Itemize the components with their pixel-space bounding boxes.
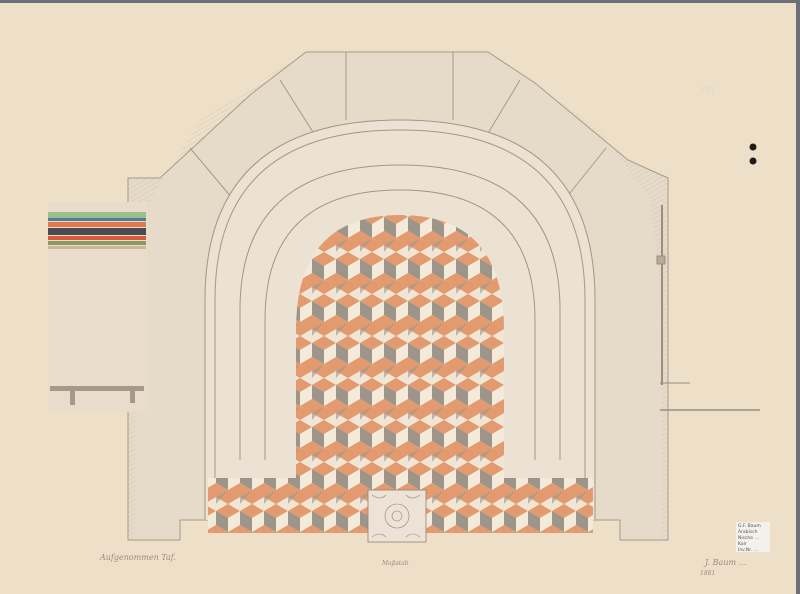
frieze-detail [48, 202, 148, 412]
scanned-drawing: XVI Aufgenommen Taf. Maßstab J. Baum ...… [0, 0, 800, 594]
label-line: Inv.Nr. ... [738, 548, 768, 554]
collection-label: G.F. Baum Arabisch Nische ... Kair Inv.N… [736, 522, 770, 552]
signature-left: Aufgenommen Taf. [100, 553, 176, 562]
ornamental-panel [368, 490, 426, 542]
date-note: 1881 [700, 570, 715, 577]
section-profile [657, 205, 760, 410]
punch-hole [750, 158, 757, 165]
label-line: Nische ... Kair [738, 536, 768, 548]
architectural-elevation [0, 0, 800, 594]
punch-hole [750, 144, 757, 151]
signature-right: J. Baum ... [705, 558, 746, 567]
sheet-number: XVI [700, 86, 715, 95]
scale-note: Maßstab [382, 560, 409, 567]
